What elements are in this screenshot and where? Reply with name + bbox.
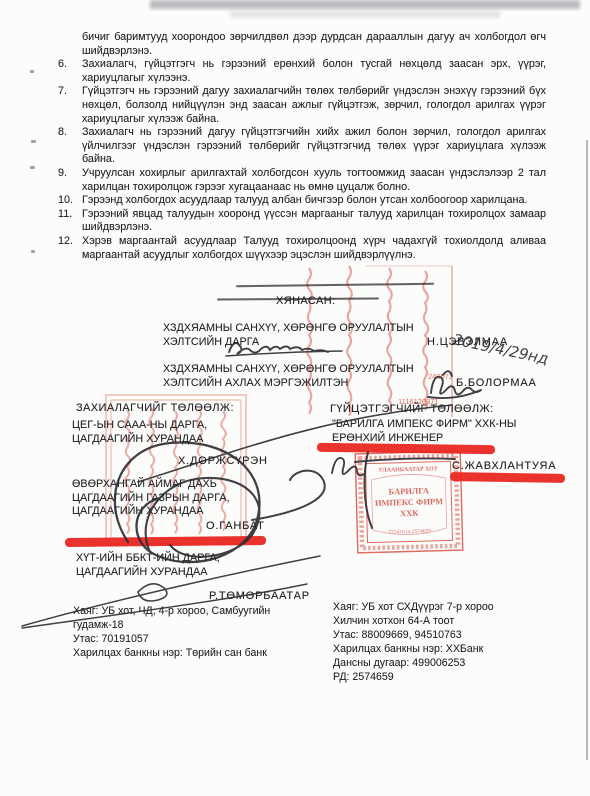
- clause-number: 9.: [58, 167, 82, 194]
- contractor-account: Дансны дугаар: 499006253: [333, 656, 494, 670]
- red-underline-ganbat: [65, 536, 266, 547]
- contractor-name: С.ЖАВХЛАНТУЯА: [452, 460, 556, 472]
- client-signatory2-title: ӨВӨРХАНГАЙ АЙМАГ ДАХЬ ЦАГДААГИЙН ГАЗРЫН …: [72, 478, 230, 519]
- red-underline-javkhlantuya: [450, 472, 565, 483]
- clause-item: 7.Гүйцэтгэгч нь гэрээний дагуу захиалагч…: [58, 85, 546, 126]
- contractor-bank: Харилцах банкны нэр: ХХБанк: [333, 642, 494, 656]
- seal-line2: ИМПЕКС ФИРМ: [375, 496, 443, 508]
- clause-item: бичиг баримтууд хоорондоо зөрчилдвөл дээ…: [58, 31, 546, 58]
- clause-number: 8.: [58, 126, 82, 167]
- reviewer2-title-line1: ХЗДХЯАМНЫ САНХҮҮ, ХӨРӨНГӨ ОРУУЛАЛТЫН: [163, 363, 443, 377]
- clause-number: [58, 31, 82, 58]
- clause-text: Гэрээний явцад талуудын хооронд үүссэн м…: [82, 208, 546, 235]
- client-address-line2: гудамж-18: [73, 618, 270, 632]
- reviewer1-title: ХЗДХЯАМНЫ САНХҮҮ, ХӨРӨНГӨ ОРУУЛАЛТЫН ХЭЛ…: [163, 322, 443, 349]
- contractor-reg: РД: 2574659: [333, 670, 494, 684]
- client-sig3-line1: ХҮТ-ИЙН ББКТ-ИЙН ДАРГА,: [76, 552, 220, 566]
- clause-text: Хэрэв маргаантай асуудлаар Талууд тохиро…: [82, 235, 546, 262]
- reviewer1-name: Н.ЦЭВЭЛМАА: [427, 336, 508, 348]
- clause-text: Захиалагч, гүйцэтгэгч нь гэрээний ерөнхи…: [82, 58, 546, 85]
- seal-line3: ХХК: [400, 508, 420, 519]
- reviewer2-title: ХЗДХЯАМНЫ САНХҮҮ, ХӨРӨНГӨ ОРУУЛАЛТЫН ХЭЛ…: [163, 363, 443, 390]
- client-sig1-line1: ЦЕГ-ЫН СААА-НЫ ДАРГА,: [72, 419, 207, 433]
- client-signatory1-name: Х.ДОРЖСҮРЭН: [178, 455, 268, 467]
- client-address-block: Хаяг: УБ хот, ЧД, 4-р хороо, Самбуугийн …: [73, 604, 270, 660]
- clause-item: 11.Гэрээний явцад талуудын хооронд үүссэ…: [58, 208, 546, 235]
- clause-item: 9.Учруулсан хохирлыг арилгахтай холбогдс…: [58, 167, 546, 194]
- clause-item: 10.Гэрээнд холбогдох асуудлаар талууд ал…: [58, 194, 546, 208]
- client-section-heading: ЗАХИАЛАГЧИЙГ ТӨЛӨӨЛЖ:: [76, 402, 234, 414]
- clause-item: 6.Захиалагч, гүйцэтгэгч нь гэрээний ерөн…: [58, 58, 546, 85]
- client-address-line1: Хаяг: УБ хот, ЧД, 4-р хороо, Самбуугийн: [73, 604, 270, 618]
- client-signatory2-name: О.ГАНБАТ: [206, 520, 265, 532]
- client-sig2-line3: ЦАГДААГИЙН ХУРАНДАА: [72, 505, 230, 519]
- clause-text: бичиг баримтууд хоорондоо зөрчилдвөл дээ…: [82, 31, 546, 58]
- reviewer1-title-line1: ХЗДХЯАМНЫ САНХҮҮ, ХӨРӨНГӨ ОРУУЛАЛТЫН: [163, 322, 443, 336]
- seal-city-text: УЛААНБААТАР ХОТ: [378, 466, 437, 474]
- reviewer2-name: Б.БОЛОРМАА: [456, 377, 537, 389]
- client-signatory1-title: ЦЕГ-ЫН СААА-НЫ ДАРГА, ЦАГДААГИЙН ХУРАНДА…: [72, 419, 207, 446]
- clause-text: Учруулсан хохирлыг арилгахтай холбогдсон…: [82, 167, 546, 194]
- client-signatory3-name: Р.ТӨМӨРБААТАР: [209, 590, 310, 602]
- clause-text: Гэрээнд холбогдох асуудлаар талууд албан…: [82, 194, 546, 208]
- pen-flourish-loop: [138, 584, 167, 601]
- scan-speck: [30, 166, 35, 169]
- clause-text: Захиалагч нь гэрээний дагуу гүйцэтгэгчий…: [82, 126, 546, 167]
- clause-number: 6.: [58, 58, 82, 85]
- contractor-address-line2: Хилчин хотхон 64-А тоот: [333, 614, 494, 628]
- signature-tsevelmaa-flourish: [226, 351, 342, 356]
- seal-numbers: 7754161д 2574659: [388, 528, 431, 535]
- signature-scribble-tail: [252, 471, 325, 520]
- client-bank: Харилцах банкны нэр: Төрийн сан банк: [73, 646, 270, 660]
- clause-text: Гүйцэтгэгч нь гэрээний дагуу захиалагчий…: [82, 85, 546, 126]
- signature-contractor: [332, 458, 455, 476]
- scan-speck: [31, 250, 35, 253]
- client-signatory3-title: ХҮТ-ИЙН ББКТ-ИЙН ДАРГА, ЦАГДААГИЙН ХУРАН…: [76, 552, 220, 579]
- red-underline-engineer: [317, 443, 495, 454]
- clause-number: 11.: [58, 208, 82, 235]
- contractor-title: "БАРИЛГА ИМПЕКС ФИРМ" ХХК-НЫ ЕРӨНХИЙ ИНЖ…: [332, 418, 516, 445]
- contractor-section-heading: ГҮЙЦЭТГЭГЧИЙГ ТӨЛӨӨЛЖ:: [330, 403, 494, 415]
- clause-item: 8.Захиалагч нь гэрээний дагуу гүйцэтгэгч…: [58, 126, 546, 167]
- contract-clauses: бичиг баримтууд хоорондоо зөрчилдвөл дээ…: [58, 31, 546, 262]
- scan-speck: [30, 70, 34, 73]
- reviewer1-title-line2: ХЭЛТСИЙН ДАРГА: [163, 336, 443, 350]
- seal-line1: БАРИЛГА: [388, 485, 430, 496]
- contractor-address-line1: Хаяг: УБ хот СХДүүрэг 7-р хороо: [333, 600, 494, 614]
- scan-bleedthrough-band: [150, 0, 580, 9]
- client-phone: Утас: 70191057: [73, 632, 270, 646]
- reviewed-heading: ХЯНАСАН:: [276, 295, 336, 307]
- clause-number: 12.: [58, 235, 82, 262]
- client-sig1-line2: ЦАГДААГИЙН ХУРАНДАА: [72, 433, 207, 447]
- signature-contractor-stroke: [365, 452, 372, 528]
- client-sig2-line1: ӨВӨРХАНГАЙ АЙМАГ ДАХЬ: [72, 478, 230, 492]
- reviewer2-title-line2: ХЭЛТСИЙН АХЛАХ МЭРГЭЖИЛТЭН: [163, 377, 443, 391]
- scanned-contract-page: 240572 1116126371 УЛААНБААТАР ХОТ БАРИЛГ…: [0, 0, 590, 796]
- contractor-address-block: Хаяг: УБ хот СХДүүрэг 7-р хороо Хилчин х…: [333, 600, 494, 685]
- contractor-title-line1: "БАРИЛГА ИМПЕКС ФИРМ" ХХК-НЫ: [332, 418, 516, 432]
- client-sig2-line2: ЦАГДААГИЙН ГАЗРЫН ДАРГА,: [72, 492, 230, 506]
- clause-item: 12.Хэрэв маргаантай асуудлаар Талууд тох…: [58, 235, 546, 262]
- scan-edge-line: [586, 140, 588, 760]
- clause-number: 7.: [58, 85, 82, 126]
- pen-underline: [236, 283, 434, 287]
- scan-bleedthrough-band-2: [230, 11, 500, 18]
- contractor-phone: Утас: 88009669, 94510763: [333, 628, 494, 642]
- client-sig3-line2: ЦАГДААГИЙН ХУРАНДАА: [76, 566, 220, 580]
- scan-speck: [31, 140, 36, 143]
- company-seal: УЛААНБААТАР ХОТ БАРИЛГА ИМПЕКС ФИРМ ХХК …: [355, 451, 463, 553]
- clause-number: 10.: [58, 194, 82, 208]
